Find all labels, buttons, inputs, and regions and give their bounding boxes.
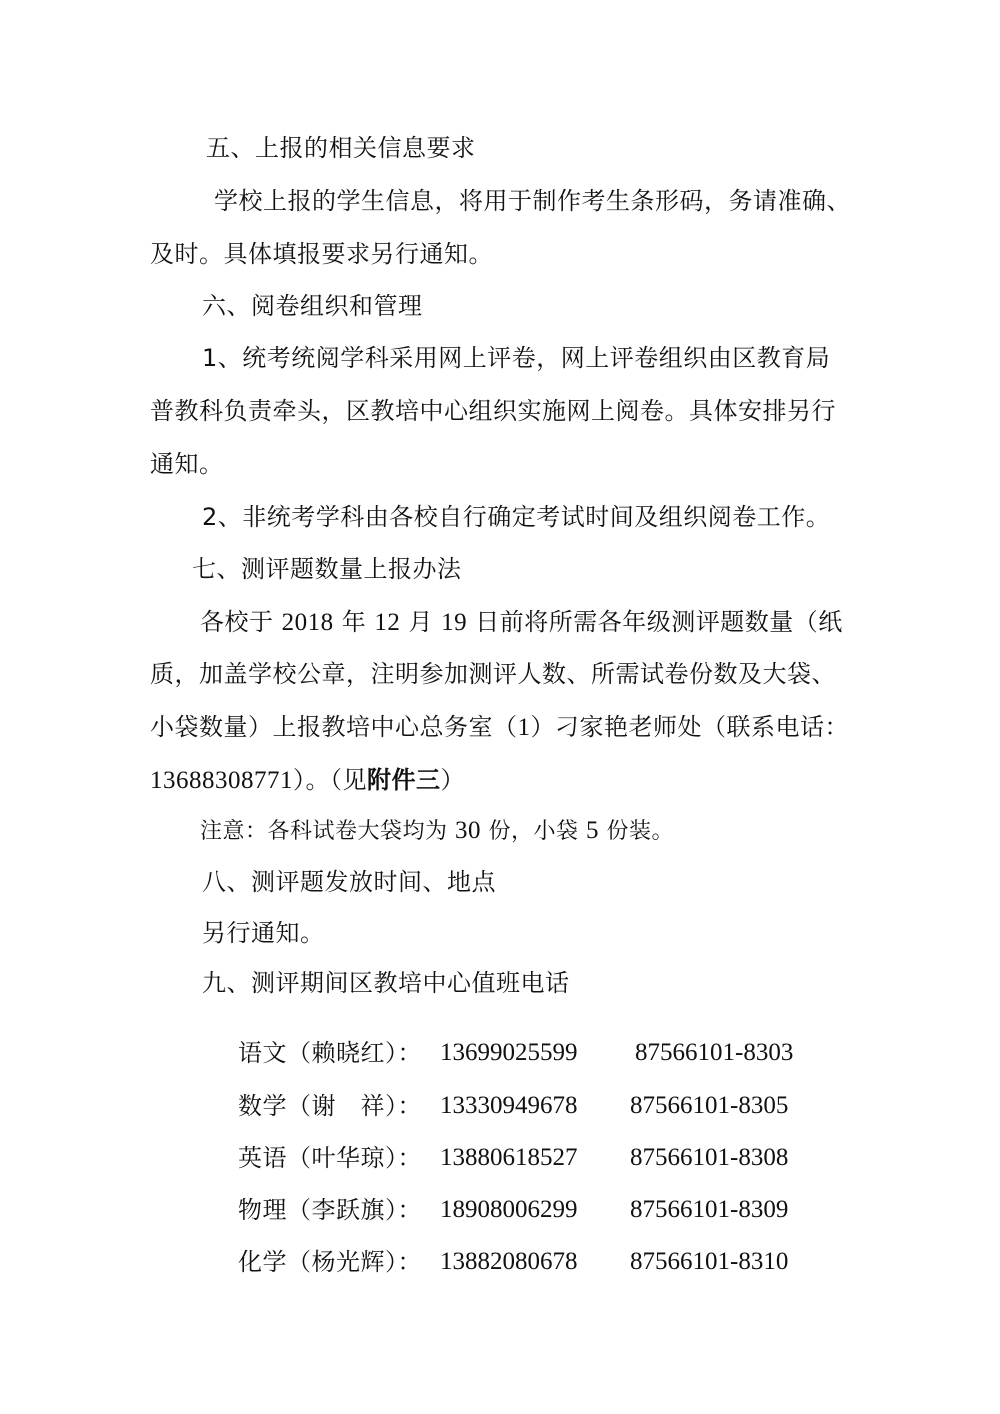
section-6-item-1-line-2: 普教科负责牵头，区教培中心组织实施网上阅卷。具体安排另行 xyxy=(150,396,836,426)
section-7-paragraph-line-2: 质，加盖学校公章，注明参加测评人数、所需试卷份数及大袋、 xyxy=(150,659,836,689)
text-fragment: 日前将所需各年级测评题数量（纸 xyxy=(467,608,843,636)
section-6-item-2: 2、非统考学科由各校自行确定考试时间及组织阅卷工作。 xyxy=(202,502,830,532)
text-fragment: 份装。 xyxy=(599,819,674,844)
contact-label: 物理（李跃旗）： xyxy=(238,1195,422,1225)
section-6-item-1-line-3: 通知。 xyxy=(150,449,224,479)
contact-office-phone: 87566101-8309 xyxy=(630,1195,788,1225)
contact-phone: 13688308771 xyxy=(150,767,293,794)
section-7-paragraph-line-3: 小袋数量）上报教培中心总务室（1）刁家艳老师处（联系电话： xyxy=(150,712,849,743)
contact-mobile: 13330949678 xyxy=(440,1091,578,1121)
section-6-item-1-line-1: 1、统考统阅学科采用网上评卷，网上评卷组织由区教育局 xyxy=(202,343,830,373)
month-value: 12 xyxy=(374,609,400,636)
text-fragment: 各校于 xyxy=(200,608,282,636)
contact-mobile: 13699025599 xyxy=(440,1038,578,1068)
text-fragment: ） xyxy=(441,766,466,794)
attachment-reference: 附件三 xyxy=(367,766,441,794)
text-fragment: ）刁家艳老师处（联系电话： xyxy=(531,713,850,741)
section-9-heading: 九、测评期间区教培中心值班电话 xyxy=(202,968,570,998)
section-5-heading: 五、上报的相关信息要求 xyxy=(206,133,476,163)
section-7-paragraph-line-1: 各校于 2018 年 12 月 19 日前将所需各年级测评题数量（纸 xyxy=(200,607,843,638)
contact-label: 语文（赖晓红）： xyxy=(238,1038,422,1068)
section-8-paragraph: 另行通知。 xyxy=(202,918,325,948)
text-fragment: 月 xyxy=(400,608,441,636)
contact-label: 化学（杨光辉）： xyxy=(238,1247,422,1277)
contact-office-phone: 87566101-8303 xyxy=(635,1038,793,1068)
day-value: 19 xyxy=(441,609,467,636)
contact-mobile: 13880618527 xyxy=(440,1143,578,1173)
contact-office-phone: 87566101-8305 xyxy=(630,1091,788,1121)
year-value: 2018 xyxy=(282,609,334,636)
contact-mobile: 18908006299 xyxy=(440,1195,578,1225)
contact-office-phone: 87566101-8308 xyxy=(630,1143,788,1173)
text-fragment: 小袋数量）上报教培中心总务室（ xyxy=(150,713,518,741)
document-page: 五、上报的相关信息要求 学校上报的学生信息，将用于制作考生条形码，务请准确、 及… xyxy=(0,0,1000,1414)
contact-label: 数学（谢 祥）： xyxy=(238,1091,422,1121)
section-6-heading: 六、阅卷组织和管理 xyxy=(202,291,423,321)
room-number: 1 xyxy=(518,714,531,741)
section-5-paragraph-line-1: 学校上报的学生信息，将用于制作考生条形码，务请准确、 xyxy=(214,186,851,216)
large-bag-count: 30 xyxy=(455,817,481,844)
text-fragment: ）。（见 xyxy=(293,766,367,794)
small-bag-count: 5 xyxy=(586,817,599,844)
section-8-heading: 八、测评题发放时间、地点 xyxy=(202,867,496,897)
contact-office-phone: 87566101-8310 xyxy=(630,1247,788,1277)
section-7-note: 注意：各科试卷大袋均为 30 份，小袋 5 份装。 xyxy=(200,816,674,847)
section-5-paragraph-line-2: 及时。具体填报要求另行通知。 xyxy=(150,239,493,269)
text-fragment: 注意：各科试卷大袋均为 xyxy=(200,819,455,844)
contact-label: 英语（叶华琼）： xyxy=(238,1143,422,1173)
text-fragment: 份，小袋 xyxy=(481,819,586,844)
contact-mobile: 13882080678 xyxy=(440,1247,578,1277)
section-7-paragraph-line-4: 13688308771）。（见附件三） xyxy=(150,765,465,796)
section-7-heading: 七、测评题数量上报办法 xyxy=(192,554,462,584)
text-fragment: 年 xyxy=(334,608,375,636)
